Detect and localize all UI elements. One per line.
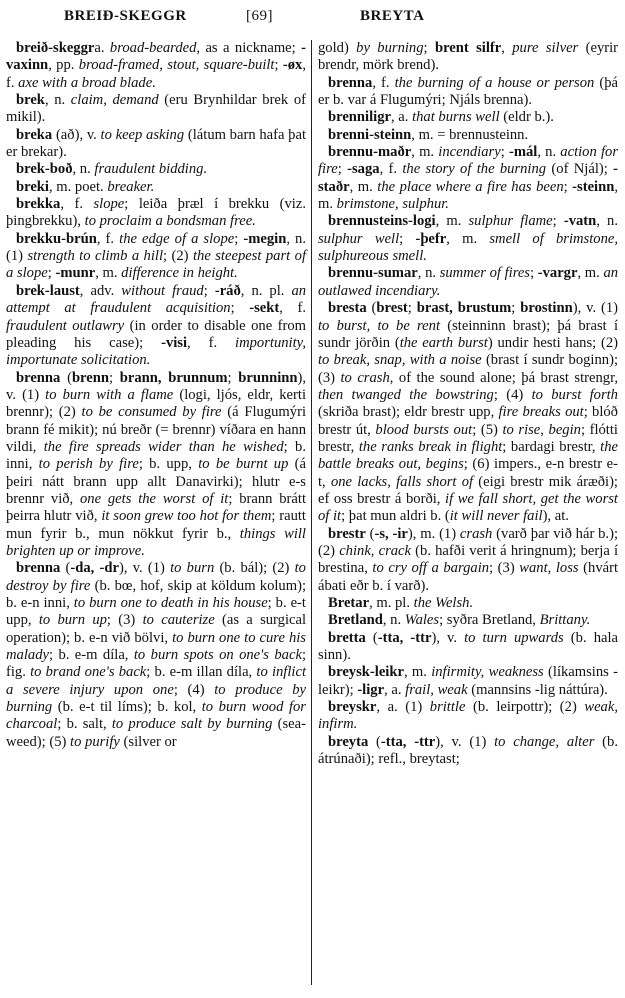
dictionary-entry: brennusteins-logi, m. sulphur flame; -va… <box>318 213 618 265</box>
entry-text: ; <box>553 213 564 229</box>
entry-text: ; <box>501 144 509 160</box>
definition: the ranks break in flight <box>359 439 502 455</box>
dictionary-entry: Bretland, n. Wales; syðra Bretland, Brit… <box>318 612 618 629</box>
entry-text: (skriða brast); eldr brestr upp, <box>318 404 499 420</box>
entry-text: (mannsins -lig náttúra). <box>468 682 608 698</box>
headword: -visi <box>161 335 187 351</box>
entry-text: ; b. e-m illan díla, <box>146 664 256 680</box>
left-column: breið-skeggra. broad-bearded, as a nickn… <box>6 40 306 751</box>
dictionary-entry: brennu-maðr, m. incendiary; -mál, n. act… <box>318 144 618 213</box>
definition: frail, weak <box>405 682 467 698</box>
entry-text: , f. <box>380 161 403 177</box>
entry-text: , f. <box>97 231 119 247</box>
headword: brenna <box>16 560 60 576</box>
definition: to burst forth <box>532 387 618 403</box>
entry-text: , n. <box>45 92 71 108</box>
entry-text: ) undir hesti hans; (2) <box>488 335 618 351</box>
entry-text: ; bardagi brestr, <box>502 439 600 455</box>
definition: brittle <box>430 699 466 715</box>
entry-text: ; (3) <box>107 612 143 628</box>
entry-text: ; <box>338 161 347 177</box>
dictionary-entry: Bretar, m. pl. the Welsh. <box>318 595 618 612</box>
entry-text: , a. <box>384 682 405 698</box>
entry-text: (b. bál); (2) <box>214 560 294 576</box>
entry-text: ( <box>367 300 377 316</box>
headword: brenna <box>16 370 60 386</box>
entry-text: , as a nickname; <box>196 40 301 56</box>
dictionary-entry: brek-boð, n. fraudulent bidding. <box>6 161 306 178</box>
definition: that burns well <box>412 109 500 125</box>
entry-text: , pp. <box>48 57 79 73</box>
dictionary-entry: brestr (-s, -ir), m. (1) crash (varð þar… <box>318 526 618 595</box>
definition: then twanged the bowstring <box>318 387 494 403</box>
right-column: gold) by burning; brent silfr, pure silv… <box>318 40 618 768</box>
headword: breysk-leikr <box>328 664 404 680</box>
headword: brast, brustum <box>417 300 512 316</box>
headword: breyskr <box>328 699 376 715</box>
definition: fire breaks out <box>499 404 584 420</box>
definition: broad-framed, stout, square-built <box>79 57 275 73</box>
entry-text: , m. <box>404 664 431 680</box>
definition: to burn with a flame <box>45 387 173 403</box>
headword: bretta <box>328 630 366 646</box>
headword: brenna <box>328 75 372 91</box>
entry-text: ; þat mun aldri b. ( <box>341 508 450 524</box>
entry-text: ; b. upp, <box>139 456 198 472</box>
dictionary-entry: breyta (-tta, -ttr), v. (1) to change, a… <box>318 734 618 769</box>
definition: to burn <box>170 560 214 576</box>
entry-text: , m. <box>446 231 489 247</box>
entry-text: ( <box>366 526 375 542</box>
headword: -øx <box>283 57 302 73</box>
definition: by burning <box>356 40 423 56</box>
entry-text: (b. e-t til líms); b. kol, <box>52 699 202 715</box>
dictionary-entry: brek, n. claim, demand (eru Brynhildar b… <box>6 92 306 127</box>
definition: fraudulent outlawry <box>6 318 124 334</box>
definition: brimstone, sulphur. <box>337 196 449 212</box>
entry-text: , of the sound alone; þá brast strengr, <box>390 370 618 386</box>
entry-text: , m. = brennusteinn. <box>411 127 528 143</box>
entry-text: ; <box>204 283 215 299</box>
definition: to turn upwards <box>464 630 564 646</box>
headword: brest <box>376 300 407 316</box>
headword: breyta <box>328 734 368 750</box>
dictionary-entry: breki, m. poet. breaker. <box>6 179 306 196</box>
headword: Bretar <box>328 595 369 611</box>
dictionary-entry: breið-skeggra. broad-bearded, as a nickn… <box>6 40 306 92</box>
entry-text: ; <box>274 57 282 73</box>
dictionary-entry: breka (að), v. to keep asking (látum bar… <box>6 127 306 162</box>
entry-text: , m. <box>95 265 121 281</box>
headword: brek-boð <box>16 161 73 177</box>
entry-text: ; <box>227 370 238 386</box>
entry-text: (að), v. <box>52 127 100 143</box>
entry-text: , f. <box>372 75 394 91</box>
definition: difference in height. <box>121 265 238 281</box>
dictionary-entry: brenna, f. the burning of a house or per… <box>318 75 618 110</box>
headword: brennu-sumar <box>328 265 418 281</box>
definition: without fraud <box>121 283 203 299</box>
headword: brek-laust <box>16 283 80 299</box>
definition: chink, crack <box>339 543 411 559</box>
definition: the edge of a slope <box>119 231 234 247</box>
definition: sulphur flame <box>469 213 553 229</box>
headword: breka <box>16 127 52 143</box>
entry-text: ; b. e-m díla, <box>49 647 134 663</box>
dictionary-entry: bretta (-tta, -ttr), v. to turn upwards … <box>318 630 618 665</box>
dictionary-entry: brekka, f. slope; leiða þræl í brekku (v… <box>6 196 306 231</box>
dictionary-entry: brenna (brenn; brann, brunnum; brunninn)… <box>6 370 306 561</box>
entry-text: ; <box>109 370 120 386</box>
definition: to be burnt up <box>198 456 288 472</box>
headword: -steinn <box>572 179 614 195</box>
headword: brann, brunnum <box>120 370 228 386</box>
definition: summer of fires <box>440 265 530 281</box>
definition: Wales <box>405 612 439 628</box>
definition: incendiary <box>438 144 500 160</box>
dictionary-entry: breyskr, a. (1) brittle (b. leirpottr); … <box>318 699 618 734</box>
entry-text: gold) <box>318 40 356 56</box>
definition: axe with a broad blade. <box>18 75 156 91</box>
headword: bresta <box>328 300 367 316</box>
definition: it will never fail <box>450 508 543 524</box>
entry-text: ; (2) <box>163 248 193 264</box>
definition: broad-bearded <box>110 40 196 56</box>
headword: brekka <box>16 196 60 212</box>
entry-text: , m. <box>577 265 603 281</box>
entry-text: , m. poet. <box>49 179 107 195</box>
definition: infirmity, weakness <box>431 664 544 680</box>
entry-text: , adv. <box>80 283 121 299</box>
headword: -tta, -ttr <box>378 630 432 646</box>
entry-text: ), v. <box>431 630 464 646</box>
definition: strength to climb a hill <box>27 248 163 264</box>
definition: sulphur well <box>318 231 399 247</box>
headword: -þefr <box>415 231 446 247</box>
definition: blood bursts out <box>375 422 472 438</box>
entry-text: , n. <box>73 161 95 177</box>
definition: to purify <box>70 734 120 750</box>
entry-text: ), v. (1) <box>435 734 494 750</box>
entry-text: , n. <box>383 612 405 628</box>
headword: -sekt <box>249 300 279 316</box>
entry-text: , n. pl. <box>241 283 292 299</box>
entry-text: , a. <box>391 109 412 125</box>
entry-text: (b. leirpottr); (2) <box>465 699 584 715</box>
headword: Bretland <box>328 612 383 628</box>
definition: to burst, to be rent <box>318 318 440 334</box>
definition: to burn spots on one's back <box>134 647 302 663</box>
entry-text: a. <box>94 40 110 56</box>
entry-text: ; <box>231 300 250 316</box>
headword: brent silfr <box>435 40 501 56</box>
headword: brenni-steinn <box>328 127 411 143</box>
definition: Brittany. <box>540 612 591 628</box>
entry-text: ), m. (1) <box>408 526 460 542</box>
definition: the story of the burning <box>402 161 546 177</box>
definition: to proclaim a bondsman free. <box>85 213 256 229</box>
definition: crash <box>460 526 492 542</box>
definition: to rise, begin <box>502 422 581 438</box>
definition: the Welsh. <box>414 595 473 611</box>
dictionary-entry: gold) by burning; brent silfr, pure silv… <box>318 40 618 75</box>
headword: brennusteins-logi <box>328 213 436 229</box>
entry-text: ( <box>60 560 70 576</box>
entry-text: ; <box>408 300 417 316</box>
definition: pure silver <box>512 40 578 56</box>
definition: to crash <box>341 370 390 386</box>
entry-text: ; syðra Bretland, <box>439 612 540 628</box>
entry-text: , f. <box>187 335 235 351</box>
entry-text: ; <box>234 231 243 247</box>
definition: to keep asking <box>101 127 185 143</box>
headword: -ráð <box>215 283 241 299</box>
dictionary-entry: brenna (-da, -dr), v. (1) to burn (b. bá… <box>6 560 306 751</box>
entry-text: ; (3) <box>489 560 519 576</box>
entry-text: ; (5) <box>472 422 502 438</box>
entry-text: (eldr b.). <box>500 109 554 125</box>
entry-text: (of Njál); <box>546 161 613 177</box>
dictionary-entry: bresta (brest; brast, brustum; brostinn)… <box>318 300 618 525</box>
definition: fraudulent bidding. <box>94 161 207 177</box>
column-divider <box>311 40 312 985</box>
headword: brekku-brún <box>16 231 97 247</box>
entry-text: ( <box>368 734 381 750</box>
headword: -saga <box>347 161 379 177</box>
definition: want, loss <box>519 560 578 576</box>
entry-text: ), v. (1) <box>573 300 618 316</box>
definition: to break, snap, with a noise <box>318 352 482 368</box>
definition: breaker. <box>107 179 154 195</box>
definition: the earth burst <box>400 335 488 351</box>
entry-text: ; <box>564 179 573 195</box>
definition: the burning of a house or person <box>395 75 595 91</box>
entry-text: ; (4) <box>494 387 532 403</box>
headword: -s, -ir <box>375 526 408 542</box>
headword: brostinn <box>520 300 572 316</box>
headword: brenniligr <box>328 109 391 125</box>
headword: -ligr <box>357 682 384 698</box>
entry-text: , n. <box>537 144 560 160</box>
dictionary-entry: brek-laust, adv. without fraud; -ráð, n.… <box>6 283 306 370</box>
entry-text: ; <box>399 231 415 247</box>
headword: brunninn <box>238 370 297 386</box>
page-number: [69] <box>246 8 273 25</box>
entry-text: ; <box>511 300 520 316</box>
entry-text: , m. <box>411 144 438 160</box>
definition: slope <box>93 196 124 212</box>
dictionary-entry: brennu-sumar, n. summer of fires; -vargr… <box>318 265 618 300</box>
entry-text: , f. <box>279 300 306 316</box>
headword: breið-skeggr <box>16 40 94 56</box>
headword: breki <box>16 179 49 195</box>
definition: claim, demand <box>71 92 159 108</box>
definition: one lacks, falls short of <box>331 474 473 490</box>
entry-text: , m. <box>436 213 469 229</box>
entry-text: , <box>501 40 512 56</box>
headword: -megin <box>243 231 286 247</box>
entry-text: , a. (1) <box>376 699 429 715</box>
dictionary-entry: brenniligr, a. that burns well (eldr b.)… <box>318 109 618 126</box>
headword: -da, -dr <box>70 560 119 576</box>
definition: to burn up <box>39 612 107 628</box>
entry-text: ; (4) <box>174 682 214 698</box>
headword: brenn <box>72 370 109 386</box>
entry-text: , m. pl. <box>369 595 414 611</box>
entry-text: ), at. <box>543 508 569 524</box>
headword: -vargr <box>538 265 578 281</box>
headword: brek <box>16 92 45 108</box>
dictionary-entry: brenni-steinn, m. = brennusteinn. <box>318 127 618 144</box>
definition: to brand one's back <box>30 664 146 680</box>
definition: to perish by fire <box>39 456 139 472</box>
entry-text: , f. <box>60 196 93 212</box>
headword: brestr <box>328 526 366 542</box>
headword: -vatn <box>564 213 596 229</box>
headword: -munr <box>55 265 95 281</box>
page-header: BREIÐ-SKEGGR [69] BREYTA <box>0 8 625 30</box>
dictionary-entry: breysk-leikr, m. infirmity, weakness (lí… <box>318 664 618 699</box>
entry-text: ; <box>530 265 538 281</box>
header-last-headword: BREYTA <box>360 8 424 25</box>
entry-text: (silver or <box>120 734 177 750</box>
header-first-headword: BREIÐ-SKEGGR <box>64 8 187 25</box>
entry-text: ( <box>60 370 72 386</box>
entry-text: ; b. salt, <box>57 716 112 732</box>
headword: -mál <box>509 144 537 160</box>
definition: to cry off a bargain <box>372 560 489 576</box>
definition: the fire spreads wider than he wished <box>44 439 284 455</box>
entry-text: ; <box>424 40 435 56</box>
headword: brennu-maðr <box>328 144 411 160</box>
definition: the place where a fire has been <box>377 179 563 195</box>
entry-text: ), v. (1) <box>119 560 170 576</box>
definition: to be consumed by fire <box>82 404 222 420</box>
definition: to change, alter <box>494 734 594 750</box>
entry-text: , n. <box>418 265 440 281</box>
definition: one gets the worst of it <box>80 491 228 507</box>
definition: to produce salt by burning <box>112 716 273 732</box>
entry-text: , n. <box>596 213 618 229</box>
headword: -tta, -ttr <box>381 734 435 750</box>
definition: to cauterize <box>143 612 215 628</box>
definition: it soon grew too hot for them <box>101 508 271 524</box>
entry-text: , m. <box>350 179 378 195</box>
dictionary-entry: brekku-brún, f. the edge of a slope; -me… <box>6 231 306 283</box>
entry-text: ( <box>366 630 378 646</box>
definition: to burn one to death in his house <box>74 595 268 611</box>
